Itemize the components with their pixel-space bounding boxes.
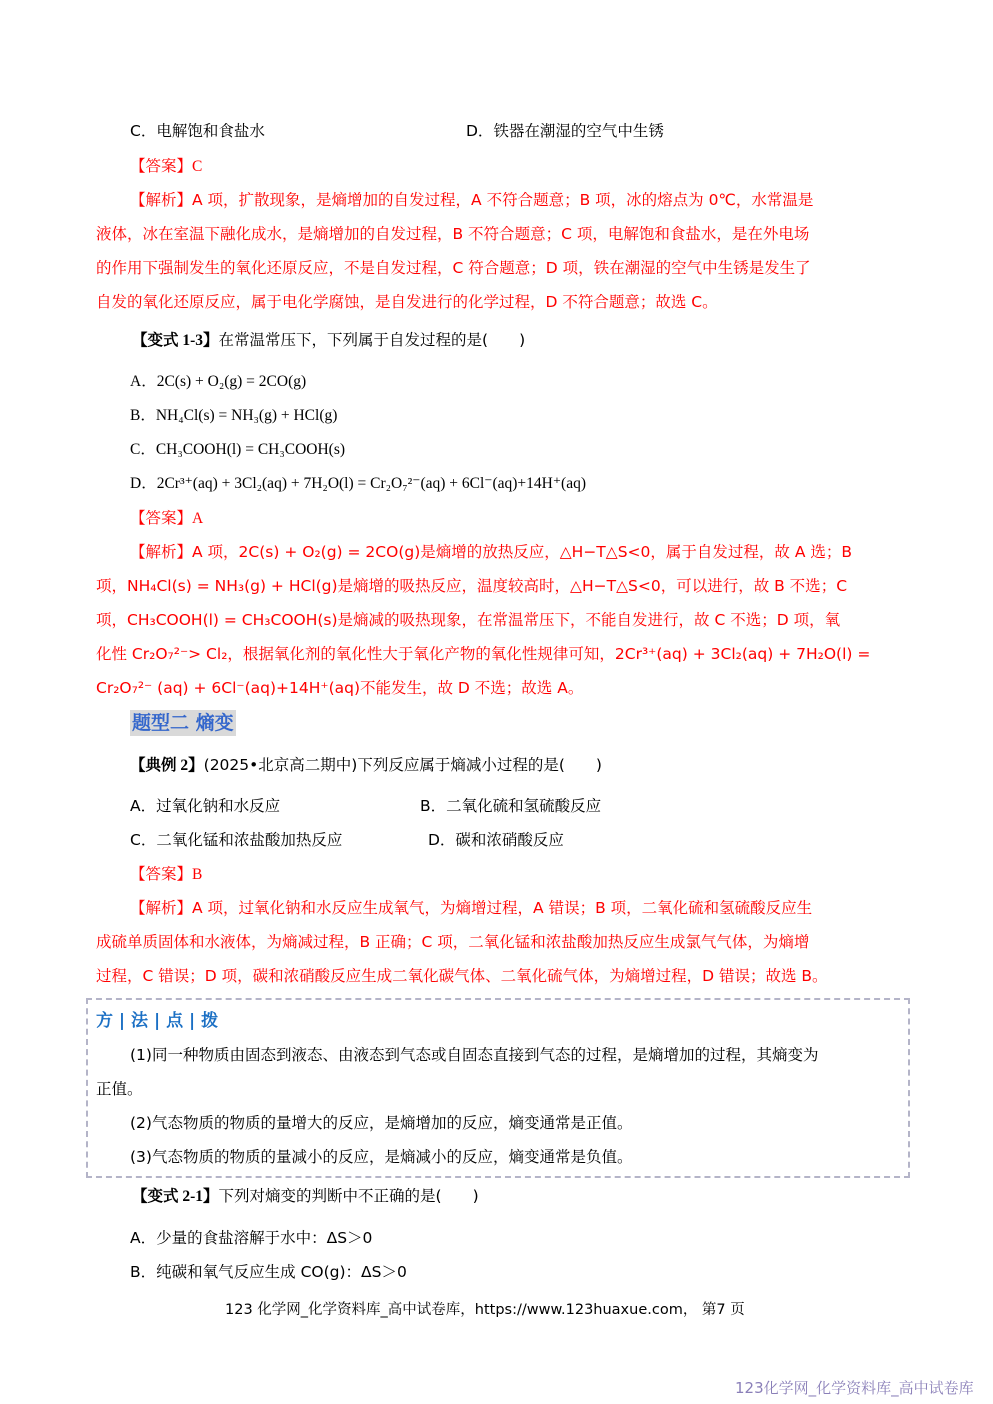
option-text: 纯碳和氧气反应生成 CO(g)：ΔS＞0: [156, 1263, 407, 1281]
option-text: 2Cr³⁺(aq) + 3Cl₂(aq) + 7H₂O(l) = Cr₂O₇²⁻…: [157, 475, 586, 492]
option-text: 2C(s) + O₂(g) = 2CO(g): [157, 373, 306, 390]
option-letter: A．: [130, 373, 157, 390]
analysis-label: 【解析】: [130, 543, 192, 561]
variant-1-3-answer: 【答案】A: [130, 508, 203, 529]
section-heading: 题型二 熵变: [130, 710, 236, 736]
question-stem: (2025•北京高二期中)下列反应属于熵减小过程的是( ): [204, 756, 602, 774]
answer-label: 【答案】: [130, 865, 192, 883]
document-page: C．电解饱和食盐水 D．铁器在潮湿的空气中生锈 【答案】C 【解析】A 项，扩散…: [0, 0, 993, 1404]
watermark: 123化学网_化学资料库_高中试卷库: [735, 1377, 974, 1398]
option-letter: C．: [130, 441, 156, 458]
q1-answer: 【答案】C: [130, 156, 202, 177]
example-2-analysis-line-1: 【解析】A 项，过氧化钠和水反应生成氧气，为熵增过程，A 错误；B 项，二氧化硫…: [130, 898, 812, 918]
example-2-option-b: B．二氧化硫和氢硫酸反应: [420, 796, 601, 816]
answer-value: B: [192, 866, 202, 883]
example-tag: 【典例 2】: [130, 757, 204, 774]
example-2-stem: 【典例 2】(2025•北京高二期中)下列反应属于熵减小过程的是( ): [130, 755, 602, 776]
option-text: CH₃COOH(l) = CH₃COOH(s): [156, 441, 345, 458]
answer-value: A: [192, 510, 203, 527]
variant-1-3-stem: 【变式 1-3】在常温常压下，下列属于自发过程的是( ): [132, 330, 525, 351]
question-stem: 在常温常压下，下列属于自发过程的是( ): [219, 331, 526, 349]
method-tips-title: 方 | 法 | 点 | 拨: [96, 1006, 218, 1031]
variant-1-3-analysis-line-2: 项，NH₄Cl(s) = NH₃(g) + HCl(g)是熵增的吸热反应，温度较…: [96, 576, 847, 596]
q1-option-c: C．电解饱和食盐水: [130, 121, 265, 141]
example-2-analysis-line-3: 过程，C 错误；D 项，碳和浓硝酸反应生成二氧化碳气体、二氧化硫气体，为熵增过程…: [96, 966, 828, 986]
option-text: 少量的食盐溶解于水中：ΔS＞0: [156, 1229, 372, 1247]
question-stem: 下列对熵变的判断中不正确的是( ): [219, 1187, 479, 1205]
variant-1-3-option-a: A．2C(s) + O₂(g) = 2CO(g): [130, 372, 306, 392]
tip-item-3: (3)气态物质的物质的量减小的反应，是熵减小的反应，熵变通常是负值。: [130, 1140, 632, 1174]
tip-item-2: (2)气态物质的物质的量增大的反应，是熵增加的反应，熵变通常是正值。: [130, 1106, 632, 1140]
option-letter: B．: [130, 1263, 156, 1281]
analysis-label: 【解析】: [130, 899, 192, 917]
option-letter: B．: [130, 407, 156, 424]
q1-analysis-line-4: 自发的氧化还原反应，属于电化学腐蚀，是自发进行的化学过程，D 不符合题意；故选 …: [96, 292, 718, 312]
option-letter: A．: [130, 1229, 156, 1247]
analysis-label: 【解析】: [130, 191, 192, 209]
option-letter: D．: [130, 475, 157, 492]
analysis-text: A 项，扩散现象，是熵增加的自发过程，A 不符合题意；B 项，冰的熔点为 0℃，…: [192, 191, 813, 209]
variant-tag: 【变式 2-1】: [132, 1188, 219, 1205]
answer-label: 【答案】: [130, 157, 192, 175]
tip-item-1-cont: 正值。: [96, 1072, 143, 1106]
answer-label: 【答案】: [130, 509, 192, 527]
analysis-text: A 项，2C(s) + O₂(g) = 2CO(g)是熵增的放热反应，△H−T△…: [192, 543, 852, 561]
variant-1-3-analysis-line-4: 化性 Cr₂O₇²⁻> Cl₂，根据氧化剂的氧化性大于氧化产物的氧化性规律可知，…: [96, 644, 870, 664]
tip-item-1: (1)同一种物质由固态到液态、由液态到气态或自固态直接到气态的过程，是熵增加的过…: [130, 1038, 818, 1072]
page-footer: 123 化学网_化学资料库_高中试卷库，https://www.123huaxu…: [225, 1298, 745, 1319]
option-text: NH₄Cl(s) = NH₃(g) + HCl(g): [156, 407, 338, 424]
variant-2-1-option-b: B．纯碳和氧气反应生成 CO(g)：ΔS＞0: [130, 1262, 407, 1282]
q1-analysis-line-2: 液体，冰在室温下融化成水，是熵增加的自发过程，B 不符合题意；C 项，电解饱和食…: [96, 224, 809, 244]
variant-1-3-analysis-line-5: Cr₂O₇²⁻ (aq) + 6Cl⁻(aq)+14H⁺(aq)不能发生，故 D…: [96, 678, 583, 698]
analysis-text: A 项，过氧化钠和水反应生成氧气，为熵增过程，A 错误；B 项，二氧化硫和氢硫酸…: [192, 899, 812, 917]
example-2-analysis-line-2: 成硫单质固体和水液体，为熵减过程，B 正确；C 项，二氧化锰和浓盐酸加热反应生成…: [96, 932, 809, 952]
example-2-answer: 【答案】B: [130, 864, 202, 885]
variant-2-1-stem: 【变式 2-1】下列对熵变的判断中不正确的是( ): [132, 1186, 479, 1207]
variant-1-3-option-c: C．CH₃COOH(l) = CH₃COOH(s): [130, 440, 345, 460]
variant-1-3-analysis-line-1: 【解析】A 项，2C(s) + O₂(g) = 2CO(g)是熵增的放热反应，△…: [130, 542, 852, 562]
variant-1-3-analysis-line-3: 项，CH₃COOH(l) = CH₃COOH(s)是熵减的吸热现象，在常温常压下…: [96, 610, 840, 630]
example-2-option-c: C．二氧化锰和浓盐酸加热反应: [130, 830, 342, 850]
variant-1-3-option-b: B．NH₄Cl(s) = NH₃(g) + HCl(g): [130, 406, 337, 426]
q1-analysis-line-3: 的作用下强制发生的氧化还原反应，不是自发过程，C 符合题意；D 项，铁在潮湿的空…: [96, 258, 811, 278]
q1-analysis-line-1: 【解析】A 项，扩散现象，是熵增加的自发过程，A 不符合题意；B 项，冰的熔点为…: [130, 190, 813, 210]
variant-1-3-option-d: D．2Cr³⁺(aq) + 3Cl₂(aq) + 7H₂O(l) = Cr₂O₇…: [130, 474, 586, 494]
variant-tag: 【变式 1-3】: [132, 332, 219, 349]
example-2-option-d: D．碳和浓硝酸反应: [428, 830, 564, 850]
variant-2-1-option-a: A．少量的食盐溶解于水中：ΔS＞0: [130, 1228, 372, 1248]
method-tips-box: 方 | 法 | 点 | 拨 (1)同一种物质由固态到液态、由液态到气态或自固态直…: [86, 998, 910, 1178]
q1-option-d: D．铁器在潮湿的空气中生锈: [466, 121, 664, 141]
answer-value: C: [192, 158, 202, 175]
example-2-option-a: A．过氧化钠和水反应: [130, 796, 280, 816]
